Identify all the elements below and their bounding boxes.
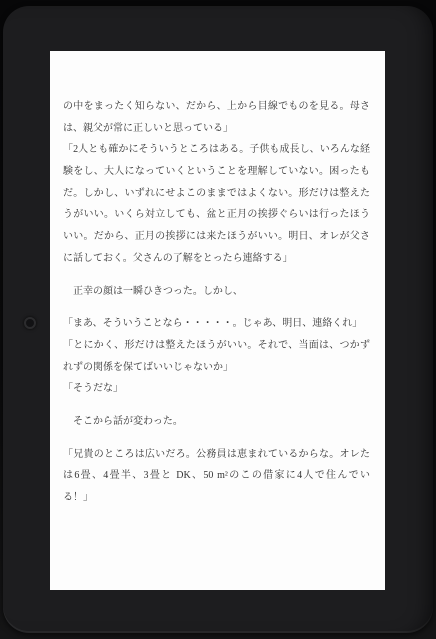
text-line: に話しておく。父さんの了解をとったら連絡する」 [63,248,370,270]
text-line: は6畳、4畳半、3畳と DK、50 m²のこの借家に4人で住んでい [63,465,370,487]
text-line: 「とにかく、形だけは整えたほうがいい。それで、当面は、つかず離 [63,335,370,357]
photo-background: の中をまったく知らない、だから、上から目線でものを見る。母さんは、親父が常に正し… [0,0,436,639]
text-line: いい。だから、正月の挨拶には来たほうがいい。明日、オレが父さん [63,226,370,248]
paragraph: そこから話が変わった。 [63,411,370,433]
text-line: る！」 [63,487,370,509]
paragraph: 「2人とも確かにそういうところはある。子供も成長し、いろんな経験をし、大人になっ… [63,139,370,269]
paragraph: の中をまったく知らない、だから、上から目線でものを見る。母さんは、親父が常に正し… [63,96,370,139]
text-line: そこから話が変わった。 [63,411,370,433]
text-line: うがいい。いくら対立しても、盆と正月の挨拶ぐらいは行ったほうが [63,204,370,226]
reader-screen[interactable]: の中をまったく知らない、だから、上から目線でものを見る。母さんは、親父が常に正し… [50,51,385,590]
text-line: 「まあ、そういうことなら・・・・・。じゃあ、明日、連絡くれ」 [63,313,370,335]
text-line: 験をし、大人になっていくということを理解していない。困ったもの [63,161,370,183]
paragraph: 「兄貴のところは広いだろ。公務員は恵まれているからな。オレたちは6畳、4畳半、3… [63,444,370,509]
camera-icon [24,317,36,329]
paragraph: 正幸の顔は一瞬ひきつった。しかし、 [63,281,370,303]
text-line: 正幸の顔は一瞬ひきつった。しかし、 [63,281,370,303]
text-line: 「そうだな」 [63,378,370,400]
tablet-device: の中をまったく知らない、だから、上から目線でものを見る。母さんは、親父が常に正し… [3,6,433,633]
text-line: の中をまったく知らない、だから、上から目線でものを見る。母さん [63,96,370,118]
paragraph: 「そうだな」 [63,378,370,400]
text-line: 「2人とも確かにそういうところはある。子供も成長し、いろんな経 [63,139,370,161]
paragraph: 「まあ、そういうことなら・・・・・。じゃあ、明日、連絡くれ」 [63,313,370,335]
text-line: 「兄貴のところは広いだろ。公務員は恵まれているからな。オレたち [63,444,370,466]
text-line: だ。しかし、いずれにせよこのままではよくない。形だけは整えたほ [63,183,370,205]
book-page-text: の中をまったく知らない、だから、上から目線でものを見る。母さんは、親父が常に正し… [50,51,385,590]
text-line: れずの関係を保てばいいじゃないか」 [63,357,370,379]
text-line: は、親父が常に正しいと思っている」 [63,118,370,140]
paragraph: 「とにかく、形だけは整えたほうがいい。それで、当面は、つかず離れずの関係を保てば… [63,335,370,378]
